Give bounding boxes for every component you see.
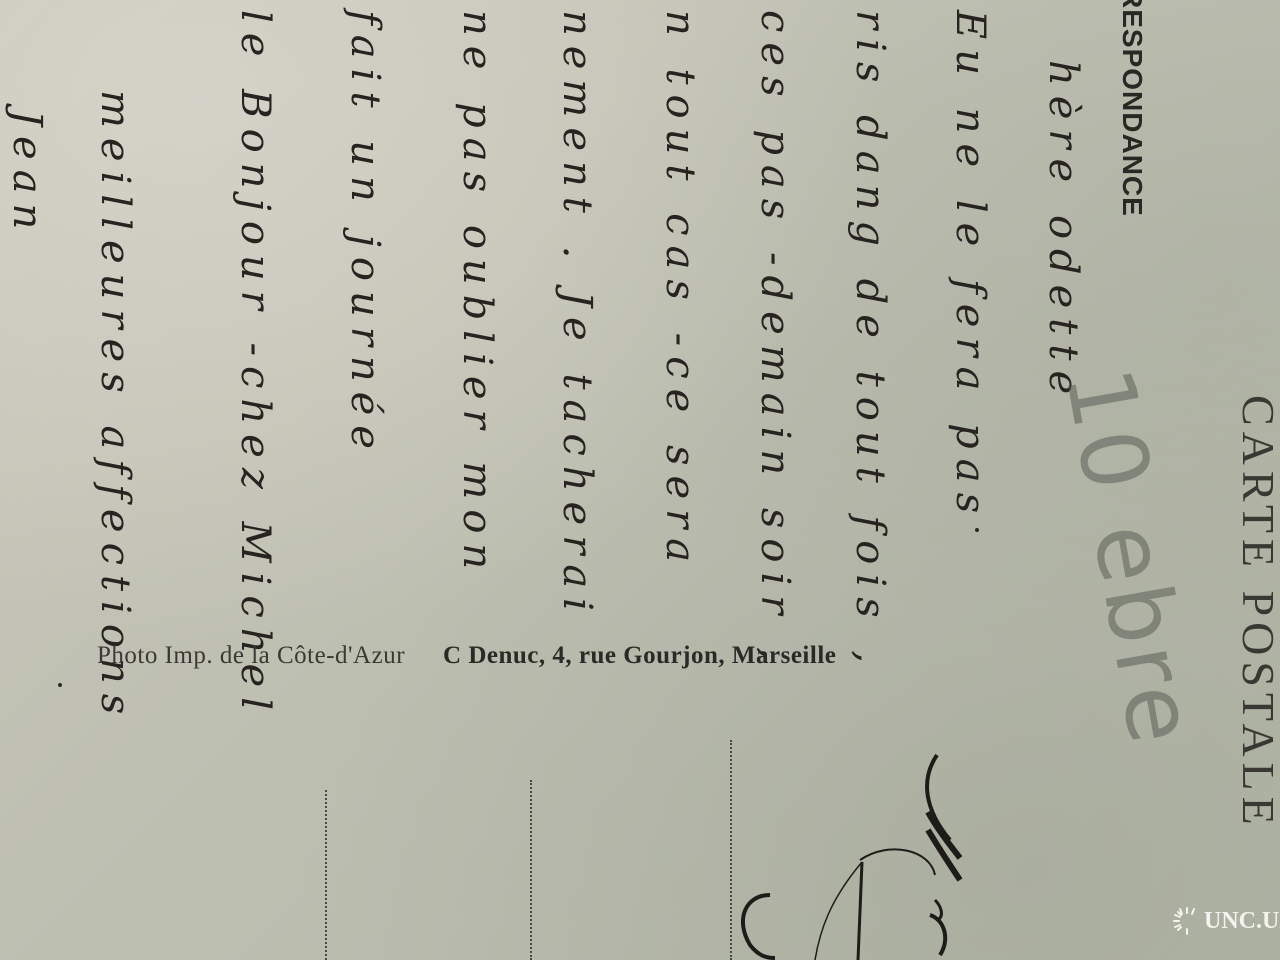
message-line-6: nement . Je tacherai [542,10,612,621]
postcard-back: RESPONDANCE CARTE POSTALE hère odette Eu… [0,0,1280,960]
address-line-2 [530,780,532,960]
address-line-1 [325,790,327,960]
unc-watermark: UNC.UA [1172,906,1280,936]
ink-dot [975,528,979,532]
publisher-imprint: Photo Imp. de la Côte-d'AzurC Denuc, 4, … [97,642,836,670]
printer-name: Photo Imp. de la Côte-d'Azur [97,642,405,669]
message-line-5: n tout cas -ce sera [645,10,715,572]
publisher-address: C Denuc, 4, rue Gourjon, Marseille [443,642,836,669]
carte-postale-title: CARTE POSTALE [1232,395,1280,831]
message-line-10: meilleures affections [80,90,150,724]
message-line-2: Eu ne le fera pas [935,10,1005,523]
message-line-4: ces pas -demain soir , [740,10,810,670]
message-line-8: fait un journée [330,10,400,459]
correspondance-text: RESPONDANCE [1117,0,1148,217]
message-line-1: hère odette [1028,60,1098,404]
address-handwriting-icon [800,740,1000,960]
ink-dot [58,683,62,687]
correspondance-label: RESPONDANCE [1116,0,1148,217]
message-line-3: ris dang de tout fois , [835,10,905,673]
sunburst-icon [1172,906,1202,936]
pencil-annotation: 10 ebre [1045,360,1217,754]
watermark-text: UNC.UA [1204,908,1280,935]
message-signature: Jean [0,110,62,239]
message-line-7: ne pas oublier mon [442,10,512,579]
address-stroke-icon [730,890,790,960]
carte-postale-text: CARTE POSTALE [1233,395,1280,831]
message-line-9: le Bonjour -chez Michel [220,10,290,720]
